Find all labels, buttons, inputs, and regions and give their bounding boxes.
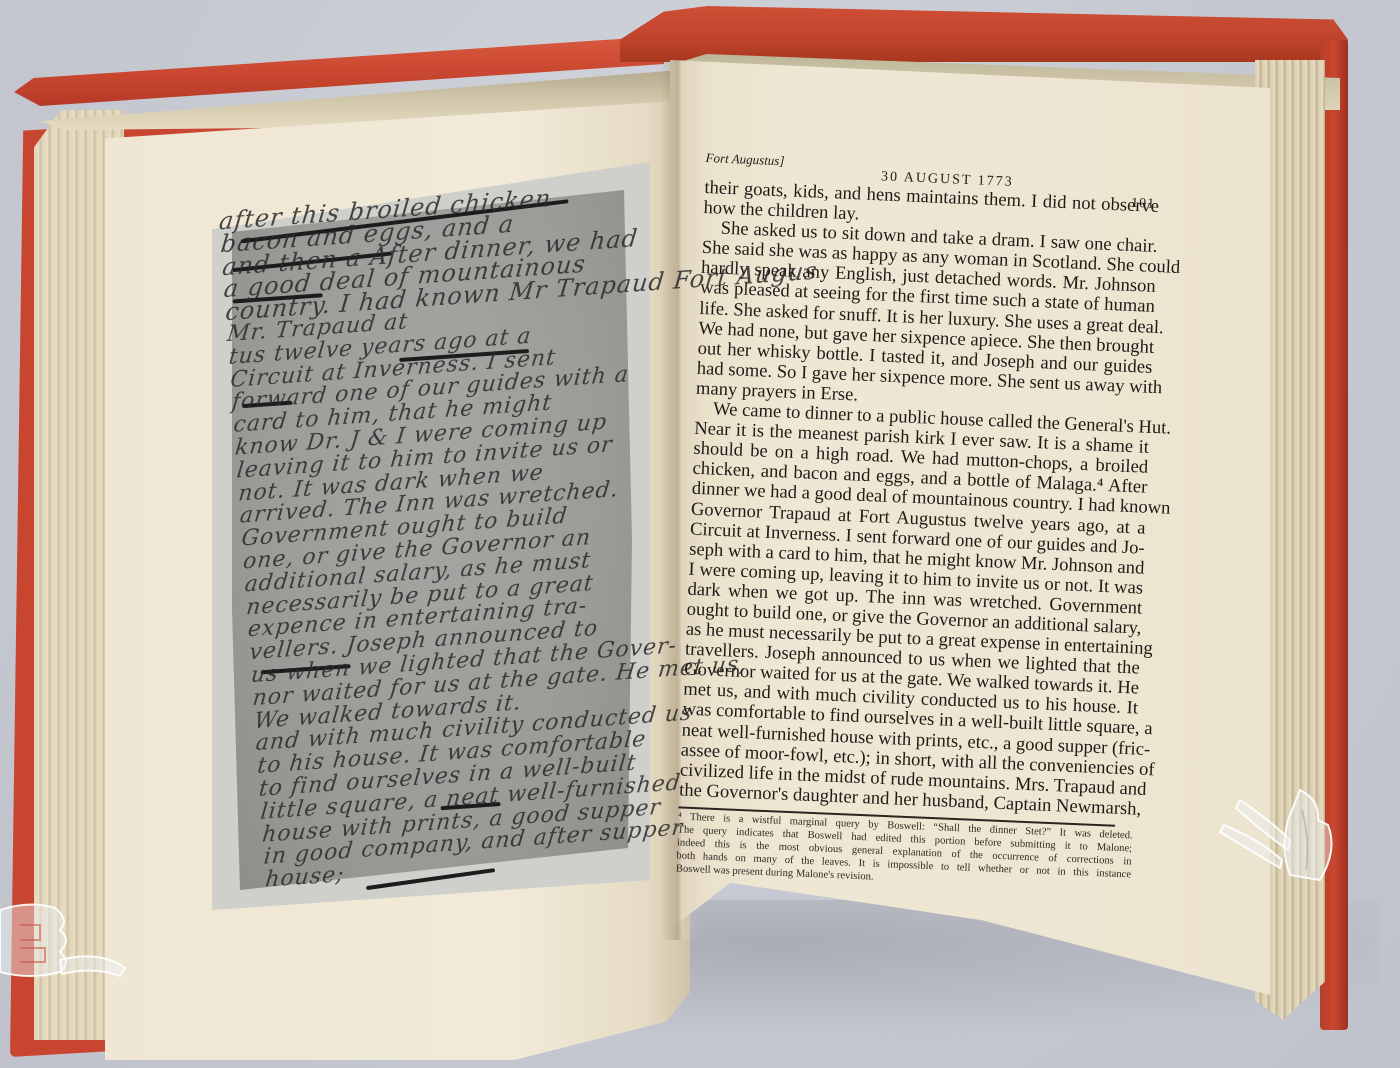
photo-scene: after this broiled chickenbacon and eggs…: [0, 0, 1400, 1068]
body-text: their goats, kids, and hens maintains th…: [679, 178, 1160, 819]
page-clip-left-icon: [0, 880, 130, 990]
page-clip-right-icon: [1210, 780, 1340, 900]
right-cover-top-edge: [620, 6, 1348, 62]
page-number: 101: [1131, 196, 1156, 213]
manuscript-handwriting: after this broiled chickenbacon and eggs…: [218, 183, 650, 898]
running-head-location: Fort Augustus]: [705, 150, 784, 169]
right-page-text: Fort Augustus] 30 AUGUST 1773 101 their …: [676, 150, 1161, 894]
